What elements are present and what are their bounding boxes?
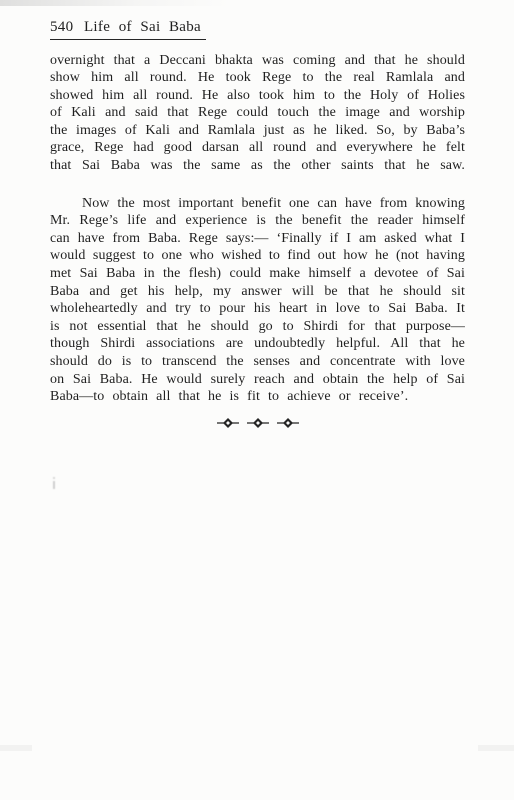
text-line: Mr. Rege’s life and experience is the be…	[50, 212, 465, 230]
diamond-ornament-icon	[246, 416, 270, 430]
text-line: can have from Baba. Rege says:— ‘Finally…	[50, 230, 465, 248]
text-line: would suggest to one who wished to find …	[50, 247, 465, 265]
scan-shadow-bottom-left	[0, 745, 32, 751]
scan-shadow-bottom-right	[478, 745, 514, 751]
text-line: should do is to transcend the senses and…	[50, 353, 465, 371]
text-line: Baba—to obtain all that he is fit to ach…	[50, 388, 465, 406]
text-line: grace, Rege had good darsan all round an…	[50, 139, 465, 157]
book-page: 540 Life of Sai Baba overnight that a De…	[0, 0, 514, 800]
section-divider	[50, 416, 465, 430]
text-line: Baba and get his help, my answer will be…	[50, 283, 465, 301]
paragraph-2: Now the most important benefit one can h…	[50, 195, 465, 406]
page-body: overnight that a Deccani bhakta was comi…	[50, 52, 465, 430]
scan-shadow-top	[0, 0, 230, 6]
book-title: Life of Sai Baba	[84, 19, 201, 35]
text-line: show him all round. He took Rege to the …	[50, 69, 465, 87]
page-number: 540	[50, 19, 73, 35]
diamond-ornament-icon	[216, 416, 240, 430]
text-line: is not essential that he should go to Sh…	[50, 318, 465, 336]
scan-speck	[51, 477, 57, 490]
text-line: showed him all round. He also took him t…	[50, 87, 465, 105]
diamond-ornament-icon	[276, 416, 300, 430]
text-line: overnight that a Deccani bhakta was comi…	[50, 52, 465, 70]
text-line: though Shirdi associations are undoubted…	[50, 335, 465, 353]
page-header: 540 Life of Sai Baba	[50, 18, 465, 40]
running-head: 540 Life of Sai Baba	[50, 19, 206, 40]
text-line: of Kali and said that Rege could touch t…	[50, 104, 465, 122]
text-line: wholeheartedly and try to pour his heart…	[50, 300, 465, 318]
paragraph-1: overnight that a Deccani bhakta was comi…	[50, 52, 465, 175]
text-line: that Sai Baba was the same as the other …	[50, 157, 465, 175]
text-line: Now the most important benefit one can h…	[50, 195, 465, 213]
text-line: the images of Kali and Ramlala just as h…	[50, 122, 465, 140]
text-line: met Sai Baba in the flesh) could make hi…	[50, 265, 465, 283]
text-line: on Sai Baba. He would surely reach and o…	[50, 371, 465, 389]
